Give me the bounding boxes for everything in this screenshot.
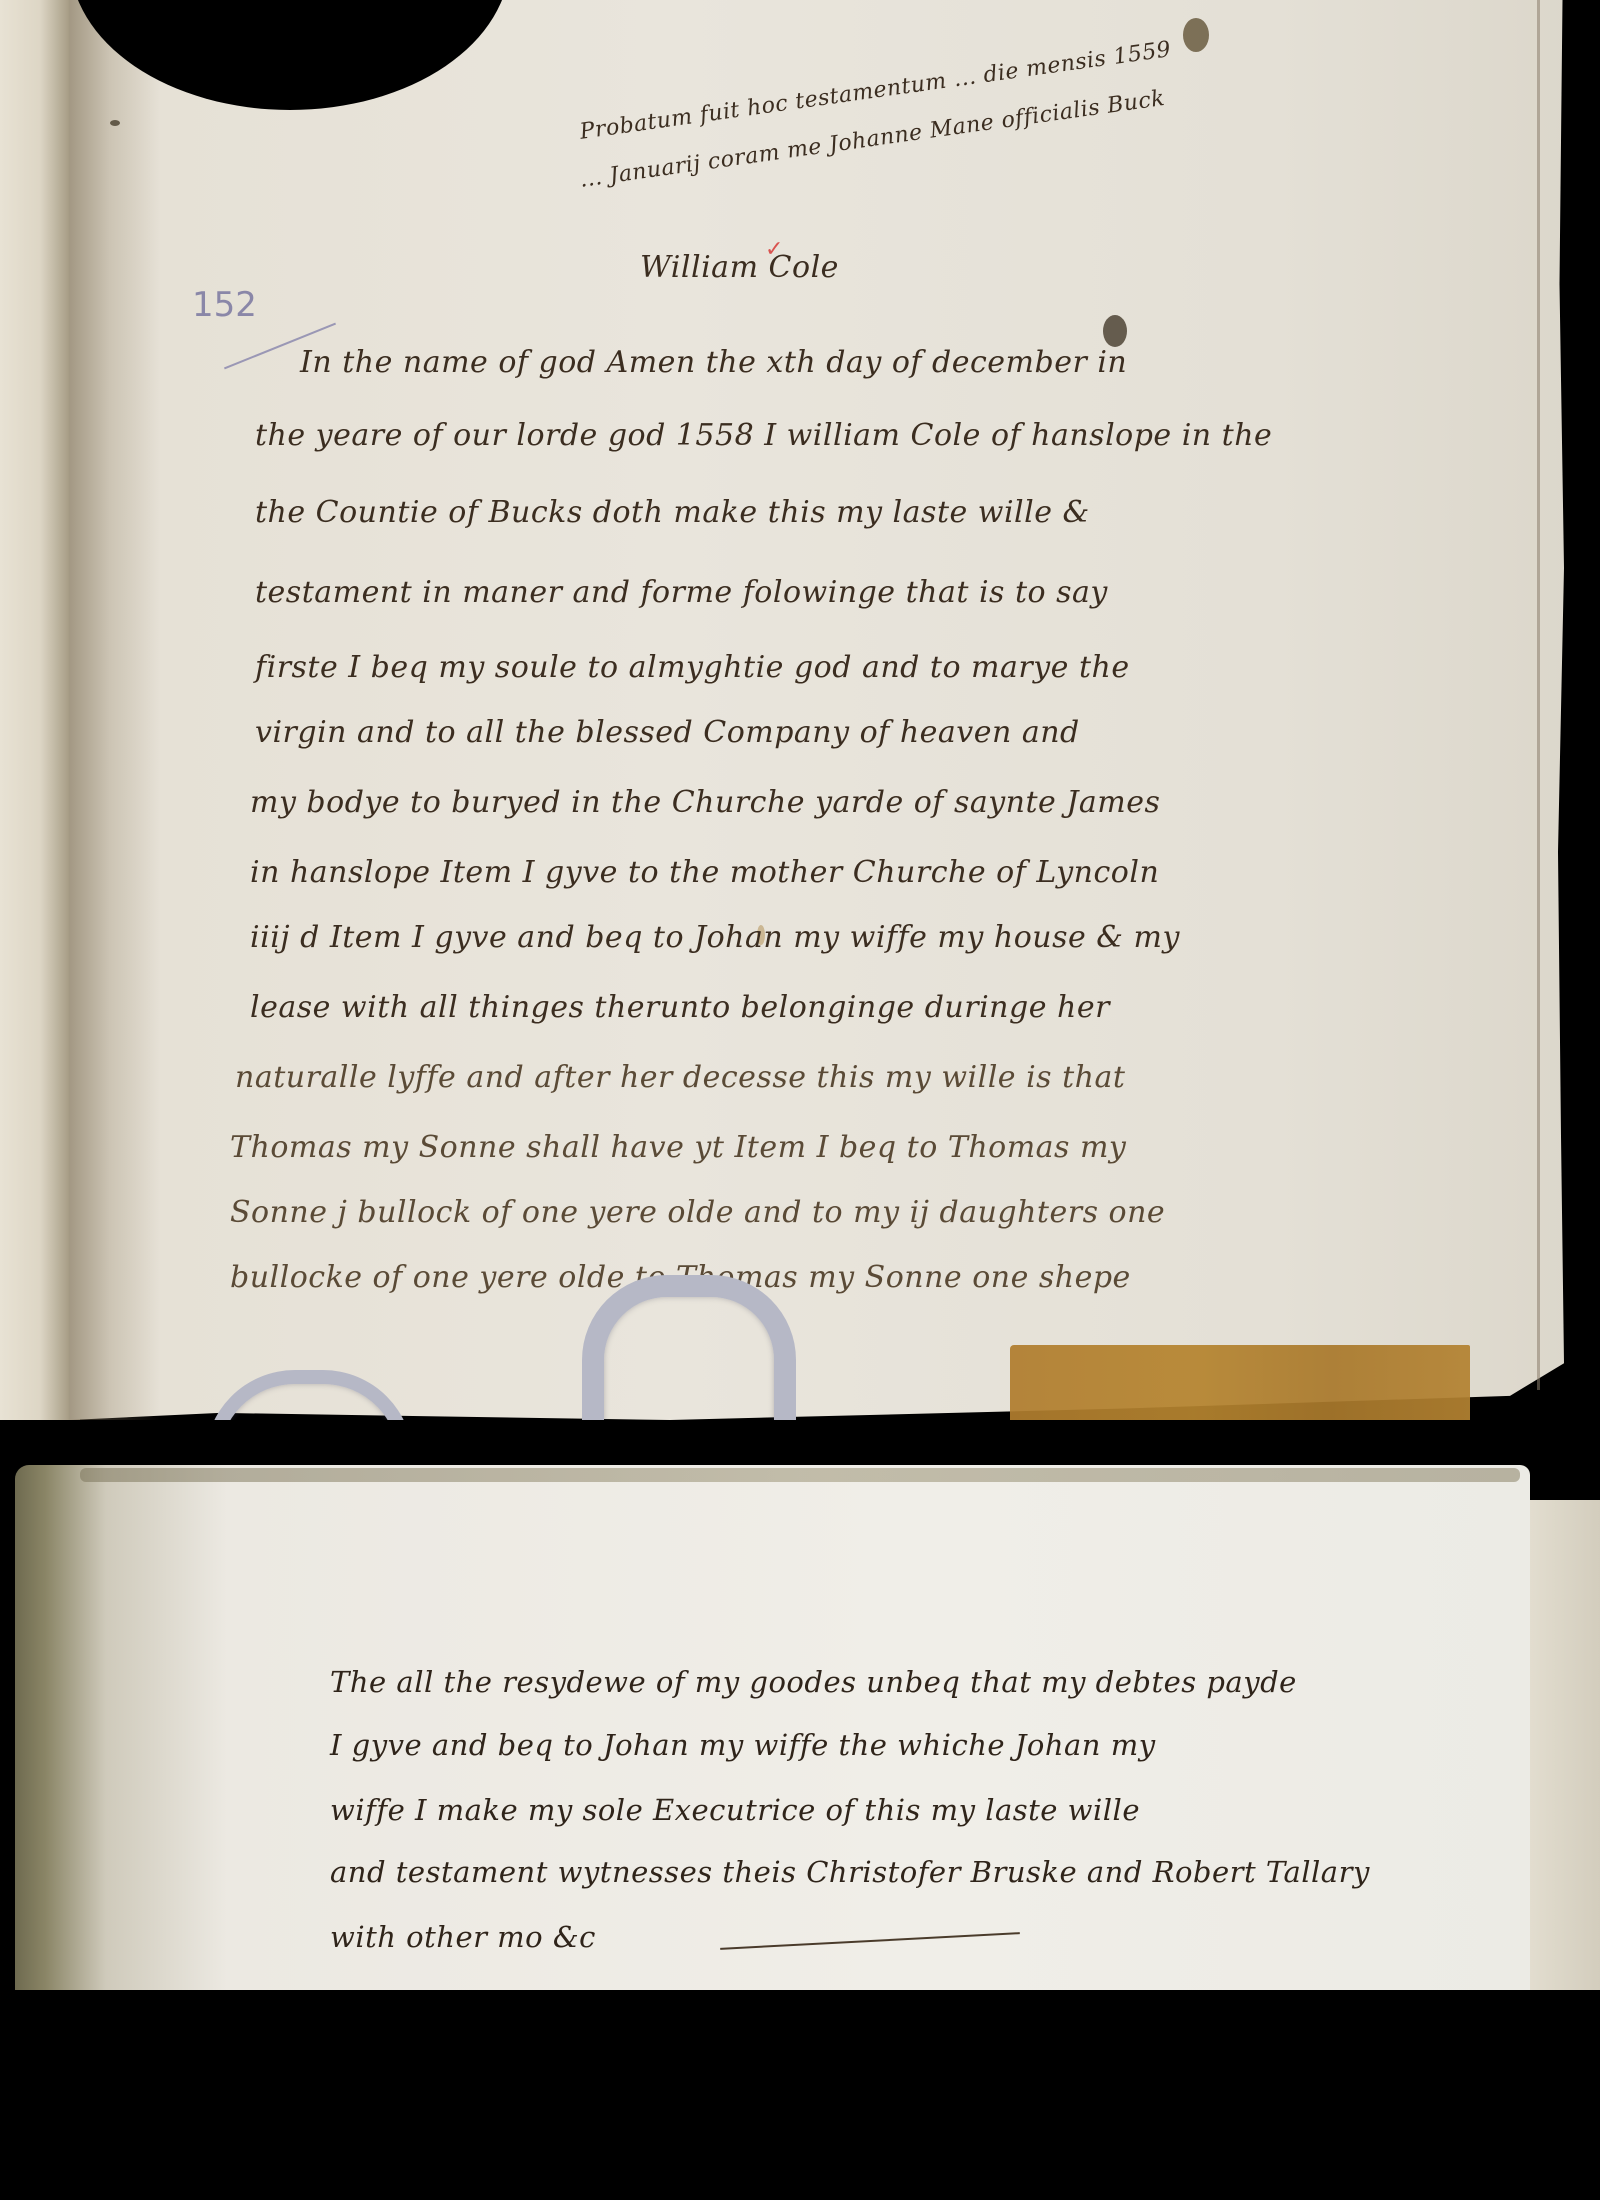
body-line: in hanslope Item I gyve to the mother Ch… — [250, 855, 1159, 890]
body-line: the Countie of Bucks doth make this my l… — [255, 495, 1090, 530]
ink-spot — [1103, 315, 1127, 347]
left-facing-page — [0, 0, 80, 1460]
page-edge-stain — [80, 1468, 1520, 1482]
body-line: my bodye to buryed in the Churche yarde … — [250, 785, 1160, 820]
body-line: iiij d Item I gyve and beq to Johan my w… — [250, 920, 1180, 955]
body-line: In the name of god Amen the xth day of d… — [300, 345, 1127, 380]
page-edge-fold — [1537, 0, 1540, 1390]
lower-line: and testament wytnesses theis Christofer… — [330, 1855, 1370, 1889]
body-line: testament in maner and forme folowinge t… — [255, 575, 1108, 610]
lower-line: with other mo &c — [330, 1920, 596, 1954]
body-line: naturalle lyffe and after her decesse th… — [235, 1060, 1125, 1095]
lower-line: I gyve and beq to Johan my wiffe the whi… — [330, 1728, 1156, 1762]
body-line: virgin and to all the blessed Company of… — [255, 715, 1080, 750]
body-line: the yeare of our lorde god 1558 I willia… — [255, 418, 1272, 453]
lower-line: wiffe I make my sole Executrice of this … — [330, 1793, 1140, 1827]
gutter-shadow — [70, 0, 160, 1420]
ink-spot — [110, 120, 120, 126]
folio-number: 152 — [192, 285, 257, 325]
lower-page-fore-edge — [1530, 1500, 1600, 1990]
bottom-black-band — [0, 1990, 1600, 2200]
testator-heading: William Cole — [640, 250, 839, 285]
body-line: Thomas my Sonne shall have yt Item I beq… — [230, 1130, 1126, 1165]
body-line: firste I beq my soule to almyghtie god a… — [255, 650, 1130, 685]
lower-line: The all the resydewe of my goodes unbeq … — [330, 1665, 1297, 1699]
body-line: Sonne j bullock of one yere olde and to … — [230, 1195, 1165, 1230]
ink-spot — [1183, 18, 1209, 52]
body-line: lease with all thinges therunto belongin… — [250, 990, 1110, 1025]
page-gap — [0, 1420, 1600, 1470]
